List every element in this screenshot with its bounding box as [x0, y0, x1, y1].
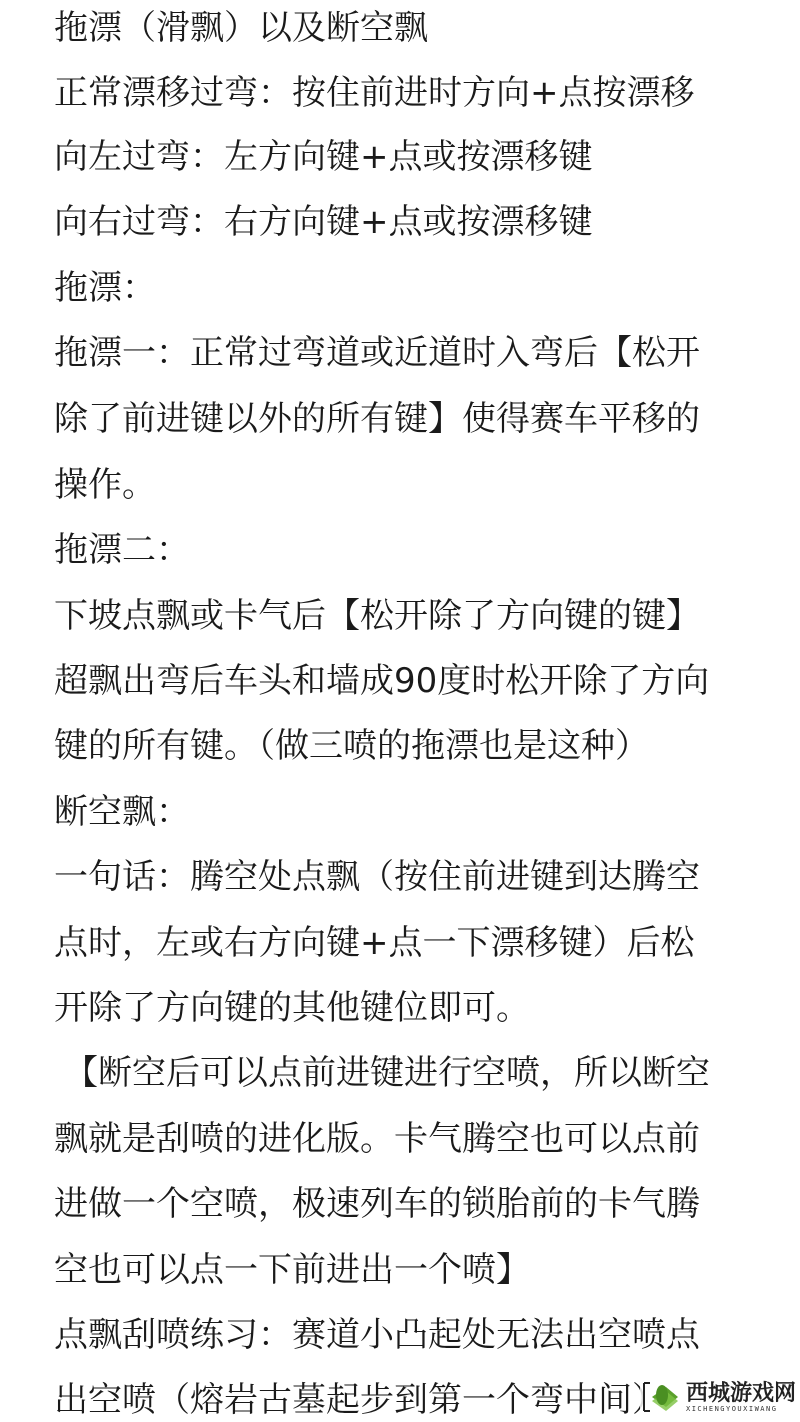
section-heading: 拖漂二：	[54, 530, 190, 570]
watermark-name-en: XICHENGYOUXIWANG	[686, 1405, 796, 1413]
doc-line: 点时，左或右方向键+点一下漂移键）后松	[54, 923, 695, 963]
doc-line: 空也可以点一下前进出一个喷】	[54, 1250, 530, 1290]
watermark-logo-icon	[640, 1377, 680, 1417]
doc-line: 超飘出弯后车头和墙成90度时松开除了方向	[54, 661, 709, 701]
doc-line: 下坡点飘或卡气后【松开除了方向键的键】	[54, 596, 700, 636]
doc-line: 点飘刮喷练习：赛道小凸起处无法出空喷点	[54, 1315, 700, 1355]
doc-line: 开除了方向键的其他键位即可。	[54, 988, 530, 1028]
doc-line: 拖漂一：正常过弯道或近道时入弯后【松开	[54, 333, 700, 373]
doc-line: 出空喷（熔岩古墓起步到第一个弯中间）	[54, 1380, 666, 1420]
doc-line: 操作。	[54, 465, 156, 505]
doc-title: 拖漂（滑飘）以及断空飘	[54, 8, 428, 48]
watermark: 西城游戏网 XICHENGYOUXIWANG	[640, 1372, 800, 1422]
doc-line: 向左过弯：左方向键+点或按漂移键	[54, 137, 593, 177]
doc-line: 除了前进键以外的所有键】使得赛车平移的	[54, 399, 700, 439]
doc-line: 进做一个空喷，极速列车的锁胎前的卡气腾	[54, 1184, 700, 1224]
doc-line: 【断空后可以点前进键进行空喷，所以断空	[64, 1053, 710, 1093]
doc-line: 一句话：腾空处点飘（按住前进键到达腾空	[54, 857, 700, 897]
watermark-name: 西城游戏网	[686, 1381, 796, 1405]
doc-line: 正常漂移过弯：按住前进时方向+点按漂移	[54, 73, 695, 113]
doc-line: 飘就是刮喷的进化版。卡气腾空也可以点前	[54, 1119, 700, 1159]
section-heading: 断空飘：	[54, 792, 190, 832]
doc-line: 向右过弯：右方向键+点或按漂移键	[54, 202, 593, 242]
doc-line: 键的所有键。（做三喷的拖漂也是这种）	[54, 726, 649, 766]
section-heading: 拖漂：	[54, 268, 156, 308]
